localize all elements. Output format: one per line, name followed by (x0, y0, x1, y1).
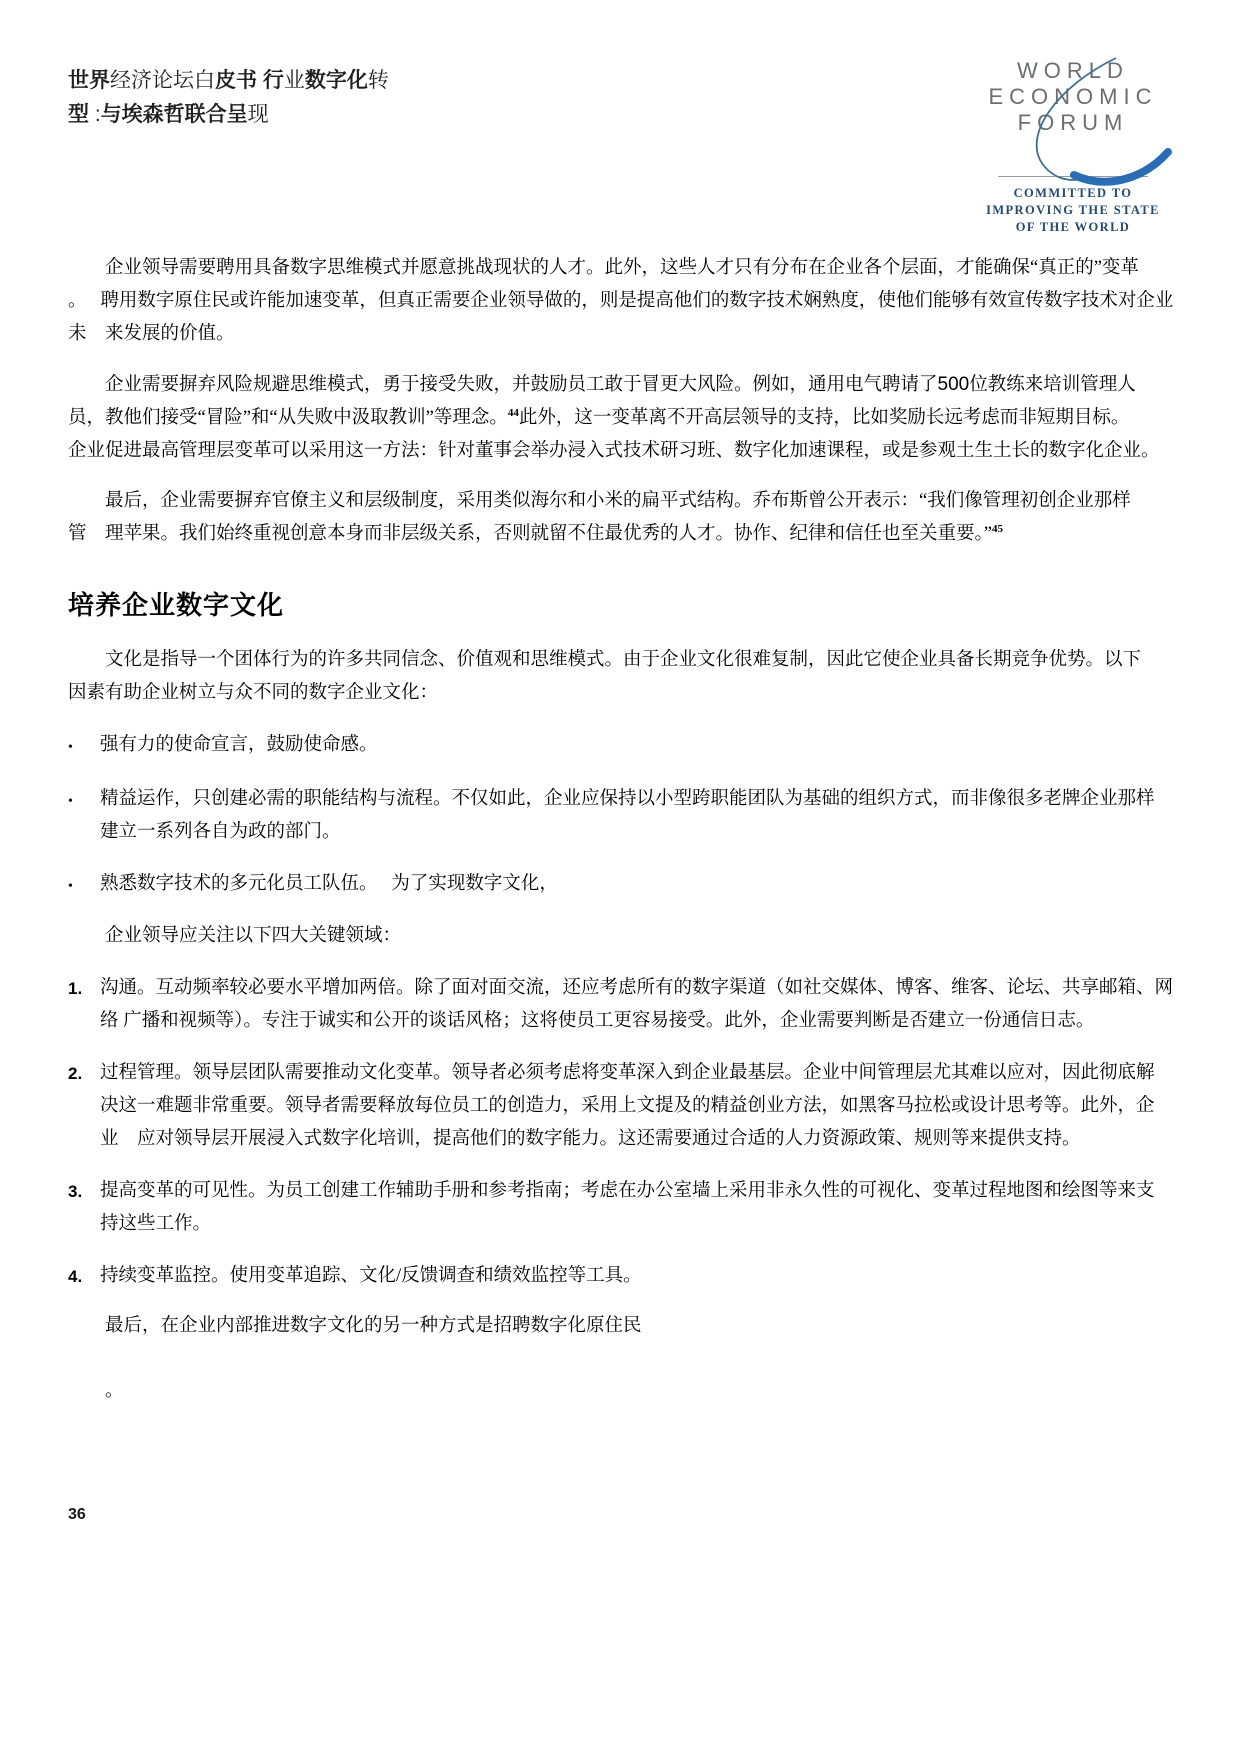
block-lines: 企业需要摒弃风险规避思维模式，勇于接受失败，并鼓励员工敢于冒更大风险。例如，通用… (68, 368, 1080, 468)
page-number: 36 (68, 1506, 86, 1524)
text-line: 企业需要摒弃风险规避思维模式，勇于接受失败，并鼓励员工敢于冒更大风险。例如，通用… (68, 368, 1080, 402)
block-lines: 培养企业数字文化 (68, 585, 1080, 627)
bullet-item: •熟悉数字技术的多元化员工队伍。 为了实现数字文化， (68, 868, 1080, 903)
numbered-item: 3.提高变革的可见性。为员工创建工作辅助手册和参考指南；考虑在办公室墙上采用非永… (68, 1175, 1080, 1241)
wef-logo: WORLD ECONOMIC FORUM COMMITTED TO IMPROV… (958, 58, 1188, 236)
block-lines: 文化是指导一个团体行为的许多共同信念、价值观和思维模式。由于企业文化很难复制，因… (68, 644, 1080, 710)
number-marker: 1. (68, 972, 100, 1038)
paragraph: 企业领导应关注以下四大关键领域： (68, 920, 1080, 953)
text-line: 未 来发展的价值。 (68, 318, 1080, 351)
paragraph: 文化是指导一个团体行为的许多共同信念、价值观和思维模式。由于企业文化很难复制，因… (68, 644, 1080, 710)
text-line: 最后，在企业内部推进数字文化的另一种方式是招聘数字化原住民 (68, 1310, 1080, 1343)
logo-word-line3: FORUM (958, 110, 1188, 136)
text-line: 精益运作，只创建必需的职能结构与流程。不仅如此，企业应保持以小型跨职能团队为基础… (100, 783, 1080, 816)
block-lines: 沟通。互动频率较必要水平增加两倍。除了面对面交流，还应考虑所有的数字渠道（如社交… (100, 972, 1080, 1038)
text-line: 提高变革的可见性。为员工创建工作辅助手册和参考指南；考虑在办公室墙上采用非永久性… (100, 1175, 1080, 1208)
text-line: 熟悉数字技术的多元化员工队伍。 为了实现数字文化， (100, 868, 1080, 901)
text-line: 企业促进最高管理层变革可以采用这一方法：针对董事会举办浸入式技术研习班、数字化加… (68, 435, 1080, 468)
paragraph: 。 (68, 1375, 1080, 1408)
text-line: 持这些工作。 (100, 1208, 1080, 1241)
block-lines: 熟悉数字技术的多元化员工队伍。 为了实现数字文化， (100, 868, 1080, 903)
text-line: 持续变革监控。使用变革追踪、文化/反馈调查和绩效监控等工具。 (100, 1260, 1080, 1293)
block-lines: 企业领导需要聘用具备数字思维模式并愿意挑战现状的人才。此外，这些人才只有分布在企… (68, 252, 1080, 351)
bullet-marker: • (68, 783, 100, 849)
logo-word-line1: WORLD (958, 58, 1188, 84)
text-line: 强有力的使命宣言，鼓励使命感。 (100, 729, 1080, 762)
block-lines: 强有力的使命宣言，鼓励使命感。 (100, 729, 1080, 764)
text-line: 因素有助企业树立与众不同的数字企业文化： (68, 677, 1080, 710)
text-line: 管 理苹果。我们始终重视创意本身而非层级关系，否则就留不住最优秀的人才。协作、纪… (68, 518, 1080, 551)
bullet-marker: • (68, 868, 100, 903)
block-lines: 最后，在企业内部推进数字文化的另一种方式是招聘数字化原住民 (68, 1310, 1080, 1343)
paragraph: 最后，企业需要摒弃官僚主义和层级制度，采用类似海尔和小米的扁平式结构。乔布斯曾公… (68, 485, 1080, 551)
block-lines: 过程管理。领导层团队需要推动文化变革。领导者必须考虑将变革深入到企业最基层。企业… (100, 1057, 1080, 1156)
block-lines: 持续变革监控。使用变革追踪、文化/反馈调查和绩效监控等工具。 (100, 1260, 1080, 1293)
text-line: 型 :与埃森哲联合呈现 (68, 98, 389, 132)
bullet-item: •精益运作，只创建必需的职能结构与流程。不仅如此，企业应保持以小型跨职能团队为基… (68, 783, 1080, 849)
logo-tagline-line2: IMPROVING THE STATE (958, 202, 1188, 219)
text-line: 业 应对领导层开展浸入式数字化培训，提高他们的数字能力。这还需要通过合适的人力资… (100, 1123, 1080, 1156)
text-line: 世界经济论坛白皮书 行业数字化转 (68, 64, 389, 98)
text-line: 培养企业数字文化 (68, 585, 1080, 627)
text-line: 建立一系列各自为政的部门。 (100, 816, 1080, 849)
logo-divider (998, 176, 1148, 177)
numbered-item: 1.沟通。互动频率较必要水平增加两倍。除了面对面交流，还应考虑所有的数字渠道（如… (68, 972, 1080, 1038)
text-line: 企业领导需要聘用具备数字思维模式并愿意挑战现状的人才。此外，这些人才只有分布在企… (68, 252, 1080, 285)
number-marker: 2. (68, 1057, 100, 1156)
paragraph: 企业领导需要聘用具备数字思维模式并愿意挑战现状的人才。此外，这些人才只有分布在企… (68, 252, 1080, 351)
text-line: 。 聘用数字原住民或许能加速变革，但真正需要企业领导做的，则是提高他们的数字技术… (68, 285, 1080, 318)
text-line: 沟通。互动频率较必要水平增加两倍。除了面对面交流，还应考虑所有的数字渠道（如社交… (100, 972, 1080, 1005)
logo-tagline-line3: OF THE WORLD (958, 219, 1188, 236)
logo-word-line2: ECONOMIC (958, 84, 1188, 110)
text-line: 过程管理。领导层团队需要推动文化变革。领导者必须考虑将变革深入到企业最基层。企业… (100, 1057, 1080, 1090)
number-marker: 4. (68, 1260, 100, 1293)
text-line: 文化是指导一个团体行为的许多共同信念、价值观和思维模式。由于企业文化很难复制，因… (68, 644, 1080, 677)
bullet-item: •强有力的使命宣言，鼓励使命感。 (68, 729, 1080, 764)
numbered-item: 4.持续变革监控。使用变革追踪、文化/反馈调查和绩效监控等工具。 (68, 1260, 1080, 1293)
document-page: 世界经济论坛白皮书 行业数字化转型 :与埃森哲联合呈现 WORLD ECONOM… (0, 0, 1240, 1754)
text-line: 络 广播和视频等）。专注于诚实和公开的谈话风格；这将使员工更容易接受。此外，企业… (100, 1005, 1080, 1038)
text-line: 企业领导应关注以下四大关键领域： (68, 920, 1080, 953)
block-lines: 提高变革的可见性。为员工创建工作辅助手册和参考指南；考虑在办公室墙上采用非永久性… (100, 1175, 1080, 1241)
number-marker: 3. (68, 1175, 100, 1241)
logo-tagline-line1: COMMITTED TO (958, 185, 1188, 202)
numbered-item: 2.过程管理。领导层团队需要推动文化变革。领导者必须考虑将变革深入到企业最基层。… (68, 1057, 1080, 1156)
text-line: 决这一难题非常重要。领导者需要释放每位员工的创造力，采用上文提及的精益创业方法，… (100, 1090, 1080, 1123)
document-title: 世界经济论坛白皮书 行业数字化转型 :与埃森哲联合呈现 (68, 64, 389, 132)
block-lines: 企业领导应关注以下四大关键领域： (68, 920, 1080, 953)
block-lines: 最后，企业需要摒弃官僚主义和层级制度，采用类似海尔和小米的扁平式结构。乔布斯曾公… (68, 485, 1080, 551)
paragraph: 最后，在企业内部推进数字文化的另一种方式是招聘数字化原住民 (68, 1310, 1080, 1343)
section-heading: 培养企业数字文化 (68, 585, 1080, 627)
bullet-marker: • (68, 729, 100, 764)
text-line: 最后，企业需要摒弃官僚主义和层级制度，采用类似海尔和小米的扁平式结构。乔布斯曾公… (68, 485, 1080, 518)
paragraph: 企业需要摒弃风险规避思维模式，勇于接受失败，并鼓励员工敢于冒更大风险。例如，通用… (68, 368, 1080, 468)
text-line: 员，教他们接受“冒险”和“从失败中汲取教训”等理念。44此外，这一变革离不开高层… (68, 402, 1080, 435)
content: 企业领导需要聘用具备数字思维模式并愿意挑战现状的人才。此外，这些人才只有分布在企… (68, 252, 1080, 1408)
block-lines: 精益运作，只创建必需的职能结构与流程。不仅如此，企业应保持以小型跨职能团队为基础… (100, 783, 1080, 849)
text-line: 。 (68, 1375, 1080, 1408)
block-lines: 。 (68, 1375, 1080, 1408)
